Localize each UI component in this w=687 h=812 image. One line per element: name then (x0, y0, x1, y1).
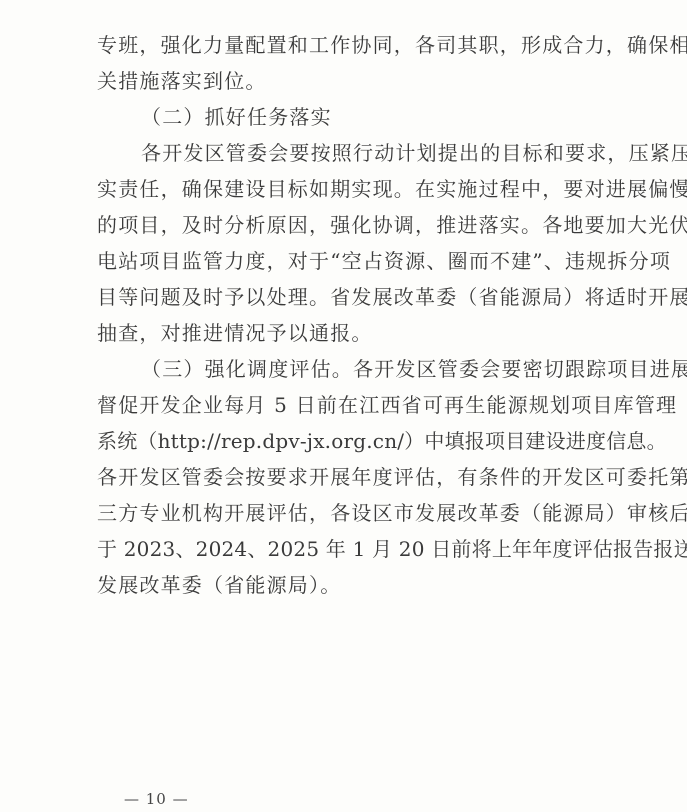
text-line: 发展改革委（省能源局）。 (97, 567, 609, 603)
text-line: 各开发区管委会按要求开展年度评估，有条件的开发区可委托第 (97, 459, 609, 495)
section-heading: （二）抓好任务落实 (97, 99, 609, 135)
text-line: 三方专业机构开展评估，各设区市发展改革委（能源局）审核后 (97, 495, 609, 531)
text-line: 于 2023、2024、2025 年 1 月 20 日前将上年年度评估报告报送省 (97, 531, 609, 567)
text-line: 专班，强化力量配置和工作协同，各司其职，形成合力，确保相 (97, 27, 609, 63)
text-line: 关措施落实到位。 (97, 63, 609, 99)
text-line: 抽查，对推进情况予以通报。 (97, 315, 609, 351)
text-line: 实责任，确保建设目标如期实现。在实施过程中，要对进展偏慢 (97, 171, 609, 207)
text-line: 督促开发企业每月 5 日前在江西省可再生能源规划项目库管理 (97, 387, 609, 423)
text-line: 目等问题及时予以处理。省发展改革委（省能源局）将适时开展 (97, 279, 609, 315)
document-page: 专班，强化力量配置和工作协同，各司其职，形成合力，确保相 关措施落实到位。 （二… (97, 27, 609, 603)
page-number: — 10 — (124, 790, 189, 808)
text-line: 系统（http://rep.dpv-jx.org.cn/）中填报项目建设进度信息… (97, 423, 609, 459)
text-line: （三）强化调度评估。各开发区管委会要密切跟踪项目进展， (97, 351, 609, 387)
text-line: 各开发区管委会要按照行动计划提出的目标和要求，压紧压 (97, 135, 609, 171)
text-line: 电站项目监管力度，对于“空占资源、圈而不建”、违规拆分项 (97, 243, 609, 279)
text-line: 的项目，及时分析原因，强化协调，推进落实。各地要加大光伏 (97, 207, 609, 243)
